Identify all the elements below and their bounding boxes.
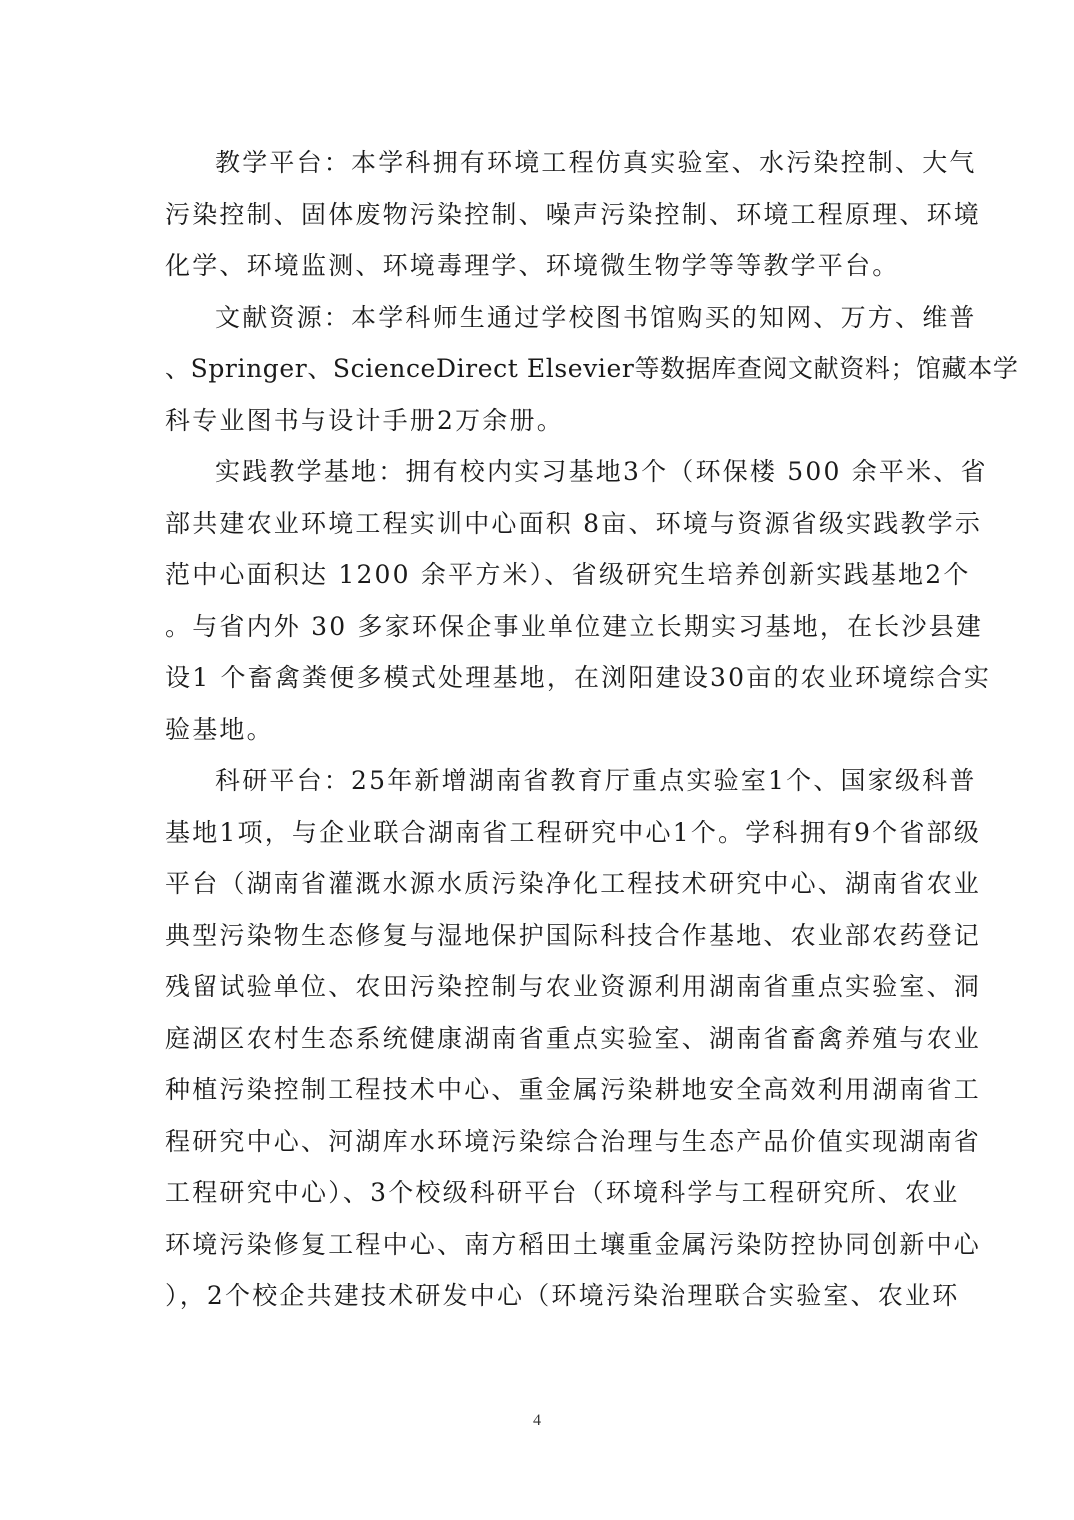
paragraph-research-platform-line-2: 基地1项，与企业联合湖南省工程研究中心1个。学科拥有9个省部级 [165, 813, 913, 865]
page-number: 4 [0, 1412, 1074, 1430]
paragraph-research-platform-line-1: 科研平台：25年新增湖南省教育厅重点实验室1个、国家级科普 [165, 761, 913, 813]
paragraph-research-platform-line-4: 典型污染物生态修复与湿地保护国际科技合作基地、农业部农药登记 [165, 916, 913, 968]
paragraph-research-platform-line-7: 种植污染控制工程技术中心、重金属污染耕地安全高效利用湖南省工 [165, 1070, 913, 1122]
body-text: 教学平台：本学科拥有环境工程仿真实验室、水污染控制、大气 污染控制、固体废物污染… [165, 143, 913, 1328]
paragraph-literature-line-3: 科专业图书与设计手册2万余册。 [165, 401, 913, 453]
paragraph-teaching-platform-line-3: 化学、环境监测、环境毒理学、环境微生物学等等教学平台。 [165, 246, 913, 298]
paragraph-practice-base-line-2: 部共建农业环境工程实训中心面积 8亩、环境与资源省级实践教学示 [165, 504, 913, 556]
paragraph-literature-line-1: 文献资源：本学科师生通过学校图书馆购买的知网、万方、维普 [165, 298, 913, 350]
paragraph-practice-base-line-5: 设1 个畜禽粪便多模式处理基地，在浏阳建设30亩的农业环境综合实 [165, 658, 913, 710]
paragraph-research-platform-line-10: 环境污染修复工程中心、南方稻田土壤重金属污染防控协同创新中心 [165, 1225, 913, 1277]
paragraph-practice-base-line-1: 实践教学基地：拥有校内实习基地3个（环保楼 500 余平米、省 [165, 452, 913, 504]
document-page: 教学平台：本学科拥有环境工程仿真实验室、水污染控制、大气 污染控制、固体废物污染… [0, 0, 1074, 1520]
paragraph-practice-base-line-4: 。与省内外 30 多家环保企事业单位建立长期实习基地，在长沙县建 [165, 607, 913, 659]
paragraph-research-platform-line-8: 程研究中心、河湖库水环境污染综合治理与生态产品价值实现湖南省 [165, 1122, 913, 1174]
paragraph-research-platform-line-9: 工程研究中心）、3个校级科研平台（环境科学与工程研究所、农业 [165, 1173, 913, 1225]
paragraph-literature-line-2: 、Springer、ScienceDirect Elsevier等数据库查阅文献… [165, 349, 913, 401]
paragraph-teaching-platform-line-1: 教学平台：本学科拥有环境工程仿真实验室、水污染控制、大气 [165, 143, 913, 195]
paragraph-teaching-platform-line-2: 污染控制、固体废物污染控制、噪声污染控制、环境工程原理、环境 [165, 195, 913, 247]
paragraph-practice-base-line-3: 范中心面积达 1200 余平方米）、省级研究生培养创新实践基地2个 [165, 555, 913, 607]
paragraph-research-platform-line-6: 庭湖区农村生态系统健康湖南省重点实验室、湖南省畜禽养殖与农业 [165, 1019, 913, 1071]
paragraph-research-platform-line-5: 残留试验单位、农田污染控制与农业资源利用湖南省重点实验室、洞 [165, 967, 913, 1019]
paragraph-research-platform-line-3: 平台（湖南省灌溉水源水质污染净化工程技术研究中心、湖南省农业 [165, 864, 913, 916]
paragraph-research-platform-line-11: ），2个校企共建技术研发中心（环境污染治理联合实验室、农业环 [165, 1276, 913, 1328]
paragraph-practice-base-line-6: 验基地。 [165, 710, 913, 762]
